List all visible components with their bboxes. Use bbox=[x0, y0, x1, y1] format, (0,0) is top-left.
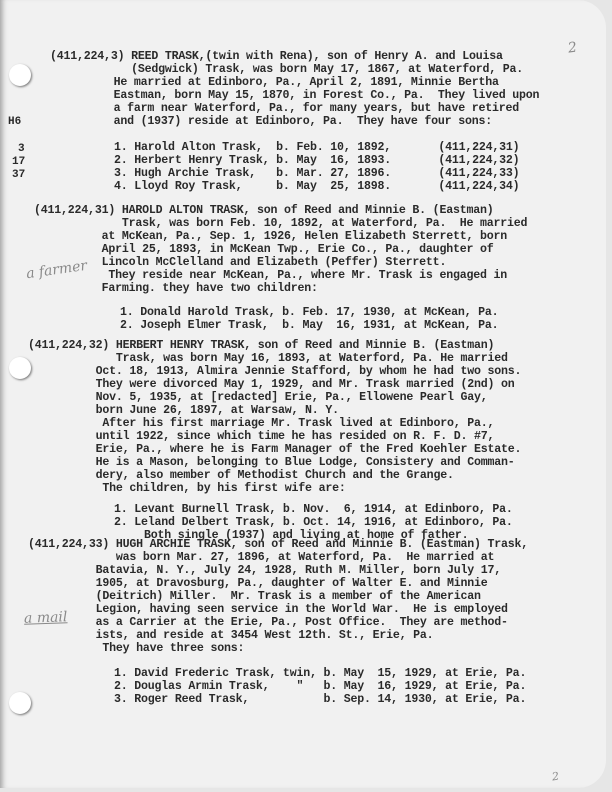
child-item: 3. Hugh Archie Trask, b. Mar. 27, 1896. … bbox=[114, 168, 519, 181]
entry-line: ists, and reside at 3454 West 12th. St.,… bbox=[28, 630, 433, 643]
entry-line: Legion, having seen service in the World… bbox=[28, 604, 508, 617]
entry-line: Trask, was born May 16, 1893, at Waterfo… bbox=[28, 353, 508, 366]
entry-line: as a Carrier at the Erie, Pa., Post Offi… bbox=[28, 617, 508, 630]
child-item: 2. Leland Delbert Trask, b. Oct. 14, 191… bbox=[114, 517, 513, 530]
entry-line: (411,224,33) HUGH ARCHIE TRASK, son of R… bbox=[28, 539, 528, 552]
child-item: 1. David Frederic Trask, twin, b. May 15… bbox=[114, 668, 526, 681]
entry-line: Batavia, N. Y., July 24, 1928, Ruth M. M… bbox=[28, 565, 501, 578]
margin-number: 37 bbox=[12, 169, 25, 181]
child-item: 1. Harold Alton Trask, b. Feb. 10, 1892,… bbox=[114, 142, 519, 155]
entry-line: Eastman, born May 15, 1870, in Forest Co… bbox=[46, 90, 539, 103]
entry-line: was born Mar. 27, 1896, at Waterford, Pa… bbox=[28, 552, 494, 565]
entry-line: He is a Mason, belonging to Blue Lodge, … bbox=[28, 457, 515, 470]
entry-line: They have three sons: bbox=[28, 643, 244, 656]
child-item: 1. Levant Burnell Trask, b. Nov. 6, 1914… bbox=[114, 504, 513, 517]
child-item: 2. Joseph Elmer Trask, b. May 16, 1931, … bbox=[120, 320, 498, 333]
margin-number: 17 bbox=[12, 156, 25, 168]
entry-line: They were divorced May 1, 1929, and Mr. … bbox=[28, 379, 515, 392]
entry-line: Lincoln McClelland and Elizabeth (Peffer… bbox=[34, 257, 446, 270]
entry-line: (Sedgwick) Trask, was born May 17, 1867,… bbox=[50, 64, 523, 77]
entry-line: Nov. 5, 1935, at [redacted] Erie, Pa., E… bbox=[28, 392, 488, 405]
entry-line: at McKean, Pa., Sep. 1, 1926, Helen Eliz… bbox=[34, 231, 507, 244]
entry-line: until 1922, since which time he has resi… bbox=[28, 431, 494, 444]
child-item: 2. Herbert Henry Trask, b. May 16, 1893.… bbox=[114, 155, 519, 168]
entry-line: born June 26, 1897, at Warsaw, N. Y. bbox=[28, 405, 339, 418]
bottom-page-mark: 2 bbox=[551, 770, 560, 784]
child-item: 4. Lloyd Roy Trask, b. May 25, 1898. (41… bbox=[114, 181, 519, 194]
entry-line: Erie, Pa., where he is Farm Manager of t… bbox=[28, 444, 521, 457]
entry-line: a farm near Waterford, Pa., for many yea… bbox=[46, 103, 519, 116]
entry-line: Trask, was born Feb. 10, 1892, at Waterf… bbox=[34, 218, 527, 231]
document-page: 2 2 H6 3 17 37 a farmer a mail (411,224,… bbox=[0, 0, 606, 788]
corner-page-mark: 2 bbox=[567, 39, 578, 56]
entry-line: (411,224,3) REED TRASK,(twin with Rena),… bbox=[50, 51, 503, 64]
entry-line: April 25, 1893, in McKean Twp., Erie Co.… bbox=[34, 244, 494, 257]
entry-line: After his first marriage Mr. Trask lived… bbox=[28, 418, 494, 431]
child-item: 1. Donald Harold Trask, b. Feb. 17, 1930… bbox=[120, 307, 498, 320]
punch-hole bbox=[9, 692, 31, 714]
entry-line: (411,224,31) HAROLD ALTON TRASK, son of … bbox=[34, 205, 494, 218]
entry-line: 1905, at Dravosburg, Pa., daughter of Wa… bbox=[28, 578, 488, 591]
entry-line: (Deitrich) Miller. Mr. Trask is a member… bbox=[28, 591, 481, 604]
entry-line: (411,224,32) HERBERT HENRY TRASK, son of… bbox=[28, 340, 494, 353]
entry-line: and (1937) reside at Edinboro, Pa. They … bbox=[46, 116, 492, 129]
punch-hole bbox=[9, 64, 31, 86]
child-item: 2. Douglas Armin Trask, " b. May 16, 192… bbox=[114, 681, 526, 694]
entry-line: Farming. they have two children: bbox=[34, 283, 318, 296]
entry-line: The children, by his first wife are: bbox=[28, 483, 346, 496]
child-item: 3. Roger Reed Trask, b. Sep. 14, 1930, a… bbox=[114, 694, 526, 707]
entry-line: They reside near McKean, Pa., where Mr. … bbox=[34, 270, 507, 283]
entry-line: dery, also member of Methodist Church an… bbox=[28, 470, 454, 483]
entry-line: Oct. 18, 1913, Almira Jennie Stafford, b… bbox=[28, 366, 521, 379]
margin-number: H6 bbox=[8, 116, 21, 128]
entry-line: He married at Edinboro, Pa., April 2, 18… bbox=[46, 77, 499, 90]
margin-number: 3 bbox=[18, 143, 25, 155]
